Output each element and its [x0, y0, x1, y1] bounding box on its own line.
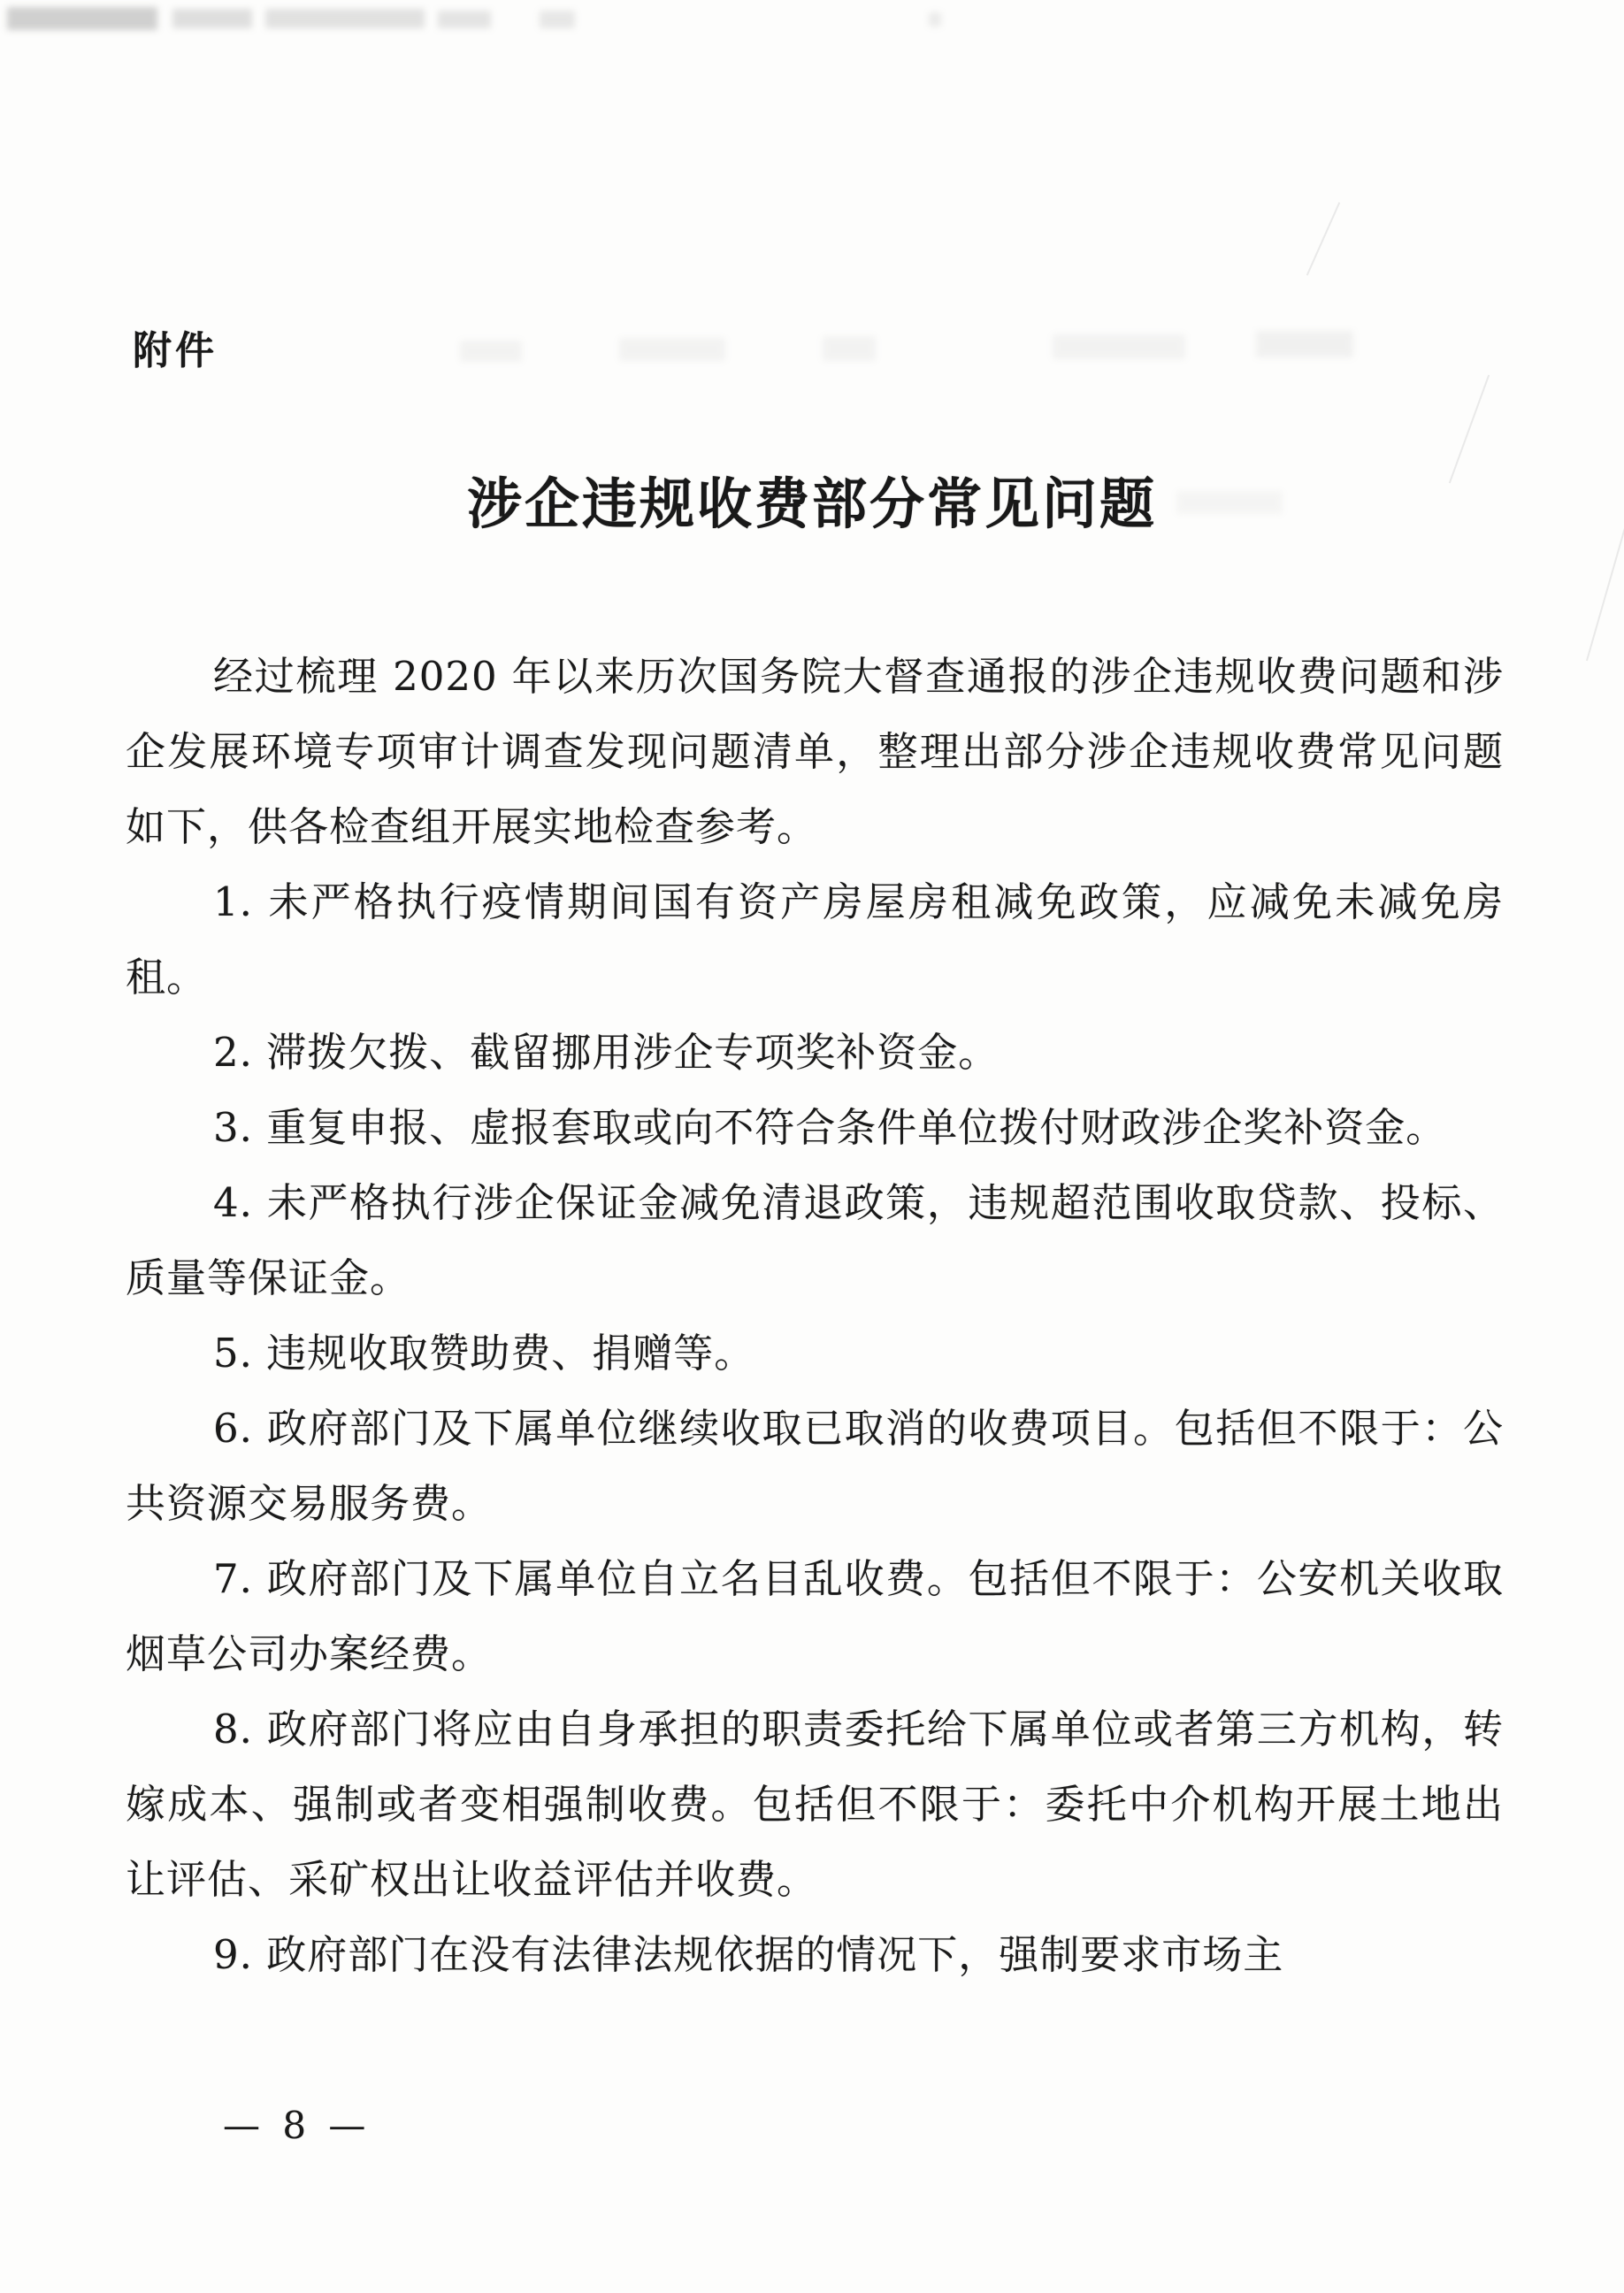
list-item-7: 7. 政府部门及下属单位自立名目乱收费。包括但不限于：公安机关收取烟草公司办案经…: [126, 1541, 1504, 1691]
scan-artifact: [460, 341, 522, 362]
page-number: — 8 —: [223, 2104, 371, 2147]
scan-artifact: [619, 338, 725, 361]
scan-scratch: [1306, 202, 1340, 275]
scan-scratch: [1586, 525, 1624, 661]
scan-artifact: [929, 12, 941, 27]
list-item-3: 3. 重复申报、虚报套取或向不符合条件单位拨付财政涉企奖补资金。: [126, 1090, 1504, 1165]
attachment-label: 附件: [133, 318, 218, 375]
scan-artifact: [172, 9, 252, 28]
document-body: 经过梳理 2020 年以来历次国务院大督查通报的涉企违规收费问题和涉企发展环境专…: [126, 639, 1504, 1992]
scan-artifact: [7, 7, 157, 30]
scan-artifact: [1053, 334, 1185, 359]
scan-artifact: [823, 336, 876, 361]
document-page: 附件 涉企违规收费部分常见问题 经过梳理 2020 年以来历次国务院大督查通报的…: [0, 0, 1624, 2293]
list-item-5: 5. 违规收取赞助费、捐赠等。: [126, 1315, 1504, 1391]
document-title: 涉企违规收费部分常见问题: [0, 460, 1624, 539]
list-item-6: 6. 政府部门及下属单位继续收取已取消的收费项目。包括但不限于：公共资源交易服务…: [126, 1391, 1504, 1541]
scan-artifact: [265, 9, 425, 28]
list-item-9-truncated: 9. 政府部门在没有法律法规依据的情况下，强制要求市场主: [126, 1917, 1504, 1992]
list-item-4: 4. 未严格执行涉企保证金减免清退政策，违规超范围收取贷款、投标、质量等保证金。: [126, 1165, 1504, 1315]
list-item-8: 8. 政府部门将应由自身承担的职责委托给下属单位或者第三方机构，转嫁成本、强制或…: [126, 1691, 1504, 1917]
list-item-2: 2. 滞拨欠拨、截留挪用涉企专项奖补资金。: [126, 1015, 1504, 1090]
scan-artifact: [540, 11, 575, 28]
scan-artifact: [438, 11, 491, 28]
scan-artifact: [1256, 331, 1353, 357]
list-item-1: 1. 未严格执行疫情期间国有资产房屋房租减免政策，应减免未减免房租。: [126, 864, 1504, 1015]
intro-paragraph: 经过梳理 2020 年以来历次国务院大督查通报的涉企违规收费问题和涉企发展环境专…: [126, 639, 1504, 864]
